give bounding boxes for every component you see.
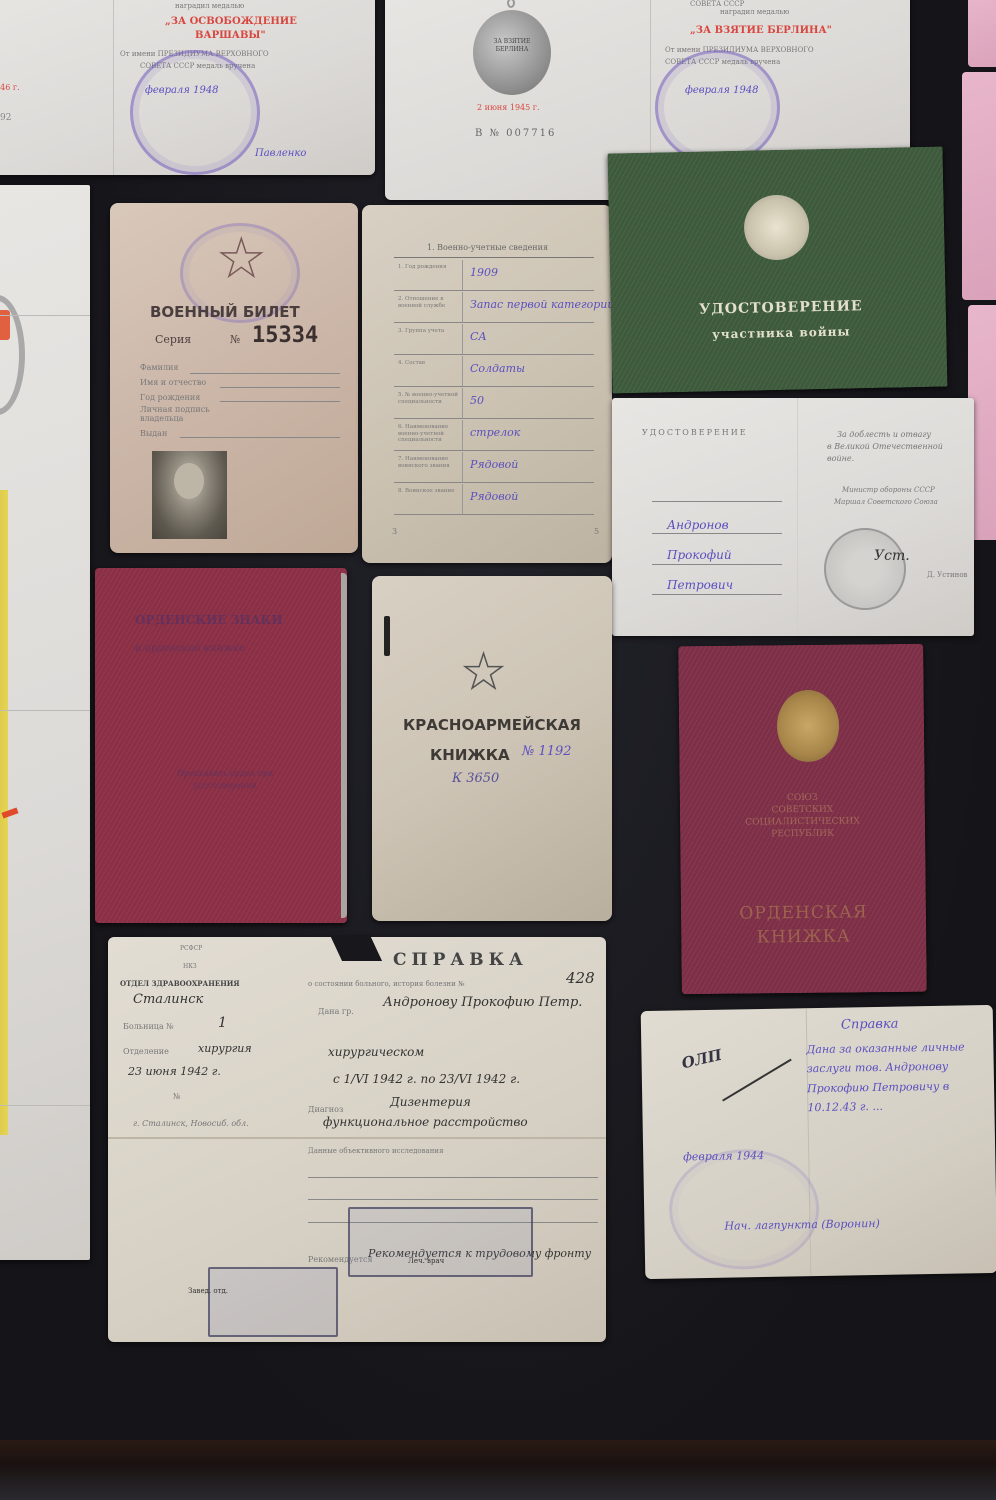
rectangular-stamp	[348, 1207, 533, 1277]
case-number: 428	[566, 969, 595, 987]
handwritten-surname: Андронов	[667, 518, 729, 532]
left-header-dept: ОТДЕЛ ЗДРАВООХРАНЕНИЯ	[120, 979, 240, 988]
handwritten-date: 23 июня 1942 г.	[128, 1065, 221, 1078]
handwritten-date: февраля 1948	[145, 85, 219, 96]
field-line	[180, 437, 340, 438]
owner-photo	[152, 451, 227, 539]
display-case-frame	[0, 1440, 996, 1500]
record-row-label: 1. Год рождения	[398, 264, 458, 271]
medal-face-text: ЗА ВЗЯТИЕ БЕРЛИНА	[485, 38, 539, 54]
record-row-divider	[394, 418, 594, 419]
record-row-divider	[394, 450, 594, 451]
ticket-title: ВОЕННЫЙ БИЛЕТ	[150, 303, 300, 321]
certificate-header: наградил медалью	[175, 2, 244, 10]
round-stamp	[655, 50, 780, 165]
warsaw-medal-certificate: наградил медалью „ЗА ОСВОБОЖДЕНИЕ ВАРШАВ…	[0, 0, 375, 175]
ussr-emblem-icon	[777, 690, 840, 763]
field-line	[652, 533, 782, 534]
handwritten-city: Сталинск	[133, 992, 203, 1007]
red-star-icon: ★	[462, 648, 505, 696]
ward-handwritten: хирургическом	[328, 1045, 424, 1059]
record-row-divider	[394, 354, 594, 355]
medal-name-line2: ВАРШАВЫ"	[195, 30, 266, 41]
hospital-number: 1	[218, 1015, 227, 1031]
field-line	[220, 401, 340, 402]
dept-label: Отделение	[123, 1047, 169, 1056]
minister-line1: Министр обороны СССР	[842, 486, 935, 494]
note-title: Справка	[841, 1017, 899, 1033]
series-label: Серия	[155, 333, 191, 346]
card-fold	[797, 398, 798, 636]
card-title-line2: участника войны	[691, 324, 871, 342]
pink-booklet-middle	[962, 72, 996, 300]
inside-left-title: УДОСТОВЕРЕНИЕ	[642, 428, 748, 437]
minister-signature: Уст.	[874, 548, 910, 564]
union-line1: СОЮЗ	[680, 792, 925, 805]
field-line	[652, 501, 782, 502]
minister-name: Д. Устинов	[927, 571, 967, 579]
medal-name: „ЗА ВЗЯТИЕ БЕРЛИНА"	[690, 25, 832, 36]
veteran-card-cover: УДОСТОВЕРЕНИЕ участника войны	[608, 147, 948, 394]
diagnosis-label: Диагноз	[308, 1105, 343, 1114]
booklet-cover-note: Предъявить орден при удостоверении	[145, 768, 305, 792]
certificate-fold	[108, 1137, 606, 1139]
book-title-line1: КРАСНОАРМЕЙСКАЯ	[377, 716, 607, 734]
record-row-label: 7. Наименование воинского звания	[398, 456, 458, 469]
number-label: №	[173, 1092, 181, 1101]
inside-right-line1: За доблесть и отвагу	[837, 430, 931, 439]
record-row-value: Рядовой	[470, 458, 518, 471]
medal-name-line1: „ЗА ОСВОБОЖДЕНИЕ	[165, 16, 297, 27]
paper-fold	[0, 1105, 90, 1106]
corner-mark: ОЛП	[680, 1046, 724, 1073]
booklet-cover-line1: ОРДЕНСКИЕ ЗНАКИ	[135, 613, 283, 627]
left-header-rsfsr: РСФСР	[180, 945, 202, 952]
record-col-divider	[462, 484, 463, 514]
record-row-value: стрелок	[470, 426, 520, 439]
red-star-icon: ★	[218, 233, 265, 285]
medal-ring	[507, 0, 515, 8]
paper-fold	[0, 710, 90, 711]
pink-booklet-top	[968, 0, 996, 67]
diagnosis-hw-1: Дизентерия	[390, 1095, 471, 1109]
exam-label: Данные объективного исследования	[308, 1147, 443, 1155]
record-col-divider	[462, 292, 463, 322]
certificate-subtitle: о состоянии больного, история болезни №	[308, 980, 465, 988]
military-ticket-page: 1. Военно-учетные сведения 1. Год рожден…	[362, 205, 612, 563]
record-row-divider	[394, 386, 594, 387]
record-row-divider	[394, 482, 594, 483]
field-line	[652, 594, 782, 595]
handwritten-note: Справка Дана за оказанные личные заслуги…	[641, 1005, 996, 1279]
red-army-book: ★ КРАСНОАРМЕЙСКАЯ КНИЖКА № 1192 К 3650	[372, 576, 612, 921]
military-ticket-cover: ★ ВОЕННЫЙ БИЛЕТ Серия № 15334 Фамилия Им…	[110, 203, 358, 553]
rectangular-stamp	[208, 1267, 338, 1337]
paper-fold	[0, 315, 90, 316]
field-issued: Выдан	[140, 429, 167, 438]
table-top-line	[394, 257, 594, 258]
note-body: Дана за оказанные личные заслуги тов. Ан…	[806, 1037, 982, 1117]
field-birth-year: Год рождения	[140, 393, 200, 402]
berlin-medal-image: ЗА ВЗЯТИЕ БЕРЛИНА	[473, 10, 551, 95]
diagnosis-hw-2: функциональное расстройство	[323, 1115, 528, 1129]
record-col-divider	[462, 324, 463, 354]
stamp-label-doctor: Леч. врач	[408, 1257, 444, 1265]
field-line	[220, 387, 340, 388]
record-row-value: Рядовой	[470, 490, 518, 503]
minister-line2: Маршал Советского Союза	[834, 498, 938, 506]
record-col-divider	[462, 452, 463, 482]
staple-mark	[384, 616, 390, 656]
card-title-line1: УДОСТОВЕРЕНИЕ	[691, 298, 871, 318]
header-top: СОВЕТА СССР	[690, 0, 744, 8]
record-row-divider	[394, 322, 594, 323]
record-row-label: 5. № военно-учетной специальности	[398, 392, 458, 405]
round-stamp	[130, 50, 260, 175]
handwritten-patronymic: Петрович	[667, 578, 733, 592]
left-date-fragment: 1946 г.	[0, 83, 20, 92]
ticket-number: 15334	[252, 323, 318, 348]
record-row-value: 50	[470, 394, 484, 407]
photo-face	[174, 463, 204, 499]
diagonal-stroke	[722, 1059, 792, 1102]
field-line	[652, 564, 782, 565]
handwritten-book-number: № 1192	[522, 744, 572, 759]
book-title-line2: КНИЖКА	[430, 746, 510, 764]
order-book-title-line2: КНИЖКА	[681, 926, 926, 949]
page-number-right: 5	[594, 527, 599, 536]
field-name: Имя и отчество	[140, 378, 206, 387]
record-row-label: 6. Наименование военно-учетной специальн…	[398, 424, 458, 444]
record-col-divider	[462, 260, 463, 290]
field-line	[308, 1177, 598, 1178]
handwritten-date: февраля 1948	[685, 85, 759, 96]
order-book: СОЮЗ СОВЕТСКИХ СОЦИАЛИСТИЧЕСКИХ РЕСПУБЛИ…	[678, 644, 927, 995]
number-label: №	[230, 333, 240, 346]
location-print: г. Сталинск, Новосиб. обл.	[133, 1119, 249, 1128]
ussr-emblem-icon	[743, 194, 809, 260]
record-row-value: СА	[470, 330, 487, 343]
inside-right-line3: войне.	[827, 454, 854, 463]
issued-to-label: Дана гр.	[318, 1007, 354, 1016]
hospital-label: Больница №	[123, 1022, 174, 1031]
union-line3: СОЦИАЛИСТИЧЕСКИХ	[680, 816, 925, 829]
order-marks-booklet: ОРДЕНСКИЕ ЗНАКИ и орденской книжке Предъ…	[95, 568, 347, 923]
veteran-card-inside: УДОСТОВЕРЕНИЕ За доблесть и отвагу в Вел…	[612, 398, 974, 636]
record-row-divider	[394, 514, 594, 515]
record-row-label: 8. Воинское звание	[398, 488, 458, 495]
page-number-left: 3	[392, 527, 397, 536]
medical-certificate: РСФСР НКЗ ОТДЕЛ ЗДРАВООХРАНЕНИЯ Сталинск…	[108, 937, 606, 1342]
left-diploma	[0, 185, 90, 1260]
field-surname: Фамилия	[140, 363, 178, 372]
record-row-label: 4. Состав	[398, 360, 458, 367]
serial-number: В № 007716	[475, 128, 556, 139]
certificate-fold	[113, 0, 114, 175]
record-row-value: Солдаты	[470, 362, 525, 375]
handwritten-name: Прокофий	[667, 548, 732, 562]
order-book-title-line1: ОРДЕНСКАЯ	[681, 902, 926, 925]
certificate-tear	[330, 935, 382, 961]
certificate-title: СПРАВКА	[393, 950, 528, 970]
record-row-value: 1909	[470, 266, 498, 279]
record-row-label: 3. Группа учета	[398, 328, 458, 335]
issued-to-name: Андронову Прокофию Петр.	[383, 995, 582, 1010]
ministry-seal	[824, 528, 906, 610]
stamp-label-head: Завед. отд.	[188, 1287, 228, 1295]
certificate-header: наградил медалью	[720, 8, 789, 16]
record-row-label: 2. Отношение к военной службе	[398, 296, 458, 309]
booklet-spine-edge	[341, 573, 347, 918]
record-col-divider	[462, 356, 463, 386]
field-line	[190, 373, 340, 374]
field-signature: Личная подпись владельца	[140, 406, 230, 424]
inside-right-line2: в Великой Отечественной	[827, 442, 943, 451]
left-header-nkz: НКЗ	[183, 963, 197, 970]
record-row-divider	[394, 290, 594, 291]
dept-value: хирургия	[198, 1042, 252, 1055]
section-title: 1. Военно-учетные сведения	[427, 243, 548, 252]
period-handwritten: с 1/VI 1942 г. по 23/VI 1942 г.	[333, 1072, 520, 1086]
record-row-value: Запас первой категории	[470, 298, 614, 311]
signature: Павленко	[255, 148, 306, 159]
record-col-divider	[462, 420, 463, 450]
union-line4: РЕСПУБЛИК	[680, 828, 925, 841]
record-col-divider	[462, 388, 463, 418]
booklet-cover-line2: и орденской книжке	[135, 643, 245, 654]
printed-date: 2 июня 1945 г.	[477, 103, 540, 112]
handwritten-second-number: К 3650	[452, 771, 499, 786]
faded-round-stamp	[668, 1148, 820, 1271]
union-line2: СОВЕТСКИХ	[680, 804, 925, 817]
left-number-fragment: 92	[0, 113, 11, 123]
field-line	[308, 1199, 598, 1200]
